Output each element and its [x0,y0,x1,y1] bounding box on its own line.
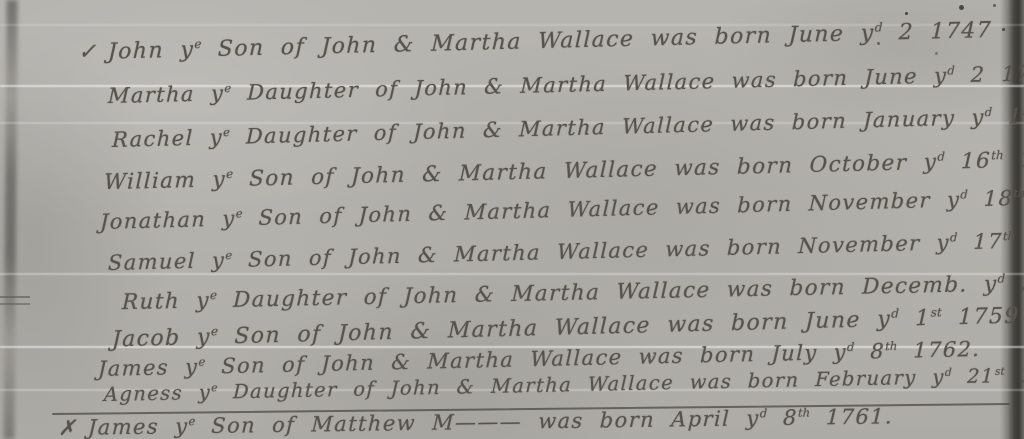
record-line: Rachel ye Daughter of John & Martha Wall… [112,102,1024,152]
ink-specks [905,12,908,15]
record-line: Samuel ye Son of John & Martha Wallace w… [108,227,1024,275]
record-line: ✗James ye Son of Matthew M——— was born A… [58,404,893,439]
record-line: ✓John ye Son of John & Martha Wallace wa… [78,18,993,66]
record-text: William ye Son of John & Martha Wallace … [104,146,1024,195]
cross-mark: ✗ [58,416,76,439]
record-text: James ye Son of Matthew M——— was born Ap… [87,404,893,439]
margin-marks [0,296,30,298]
record-text: Martha ye Daughter of John & Martha Wall… [108,61,1024,108]
record-line: Martha ye Daughter of John & Martha Wall… [108,61,1024,108]
record-text: Samuel ye Son of John & Martha Wallace w… [108,227,1024,275]
record-line: William ye Son of John & Martha Wallace … [104,146,1024,195]
record-text: John ye Son of John & Martha Wallace was… [108,18,993,65]
binding-crease [3,0,17,439]
manuscript-page-scan: ✓John ye Son of John & Martha Wallace wa… [0,0,1024,439]
record-text: Rachel ye Daughter of John & Martha Wall… [112,102,1024,152]
check-mark: ✓ [78,40,97,65]
